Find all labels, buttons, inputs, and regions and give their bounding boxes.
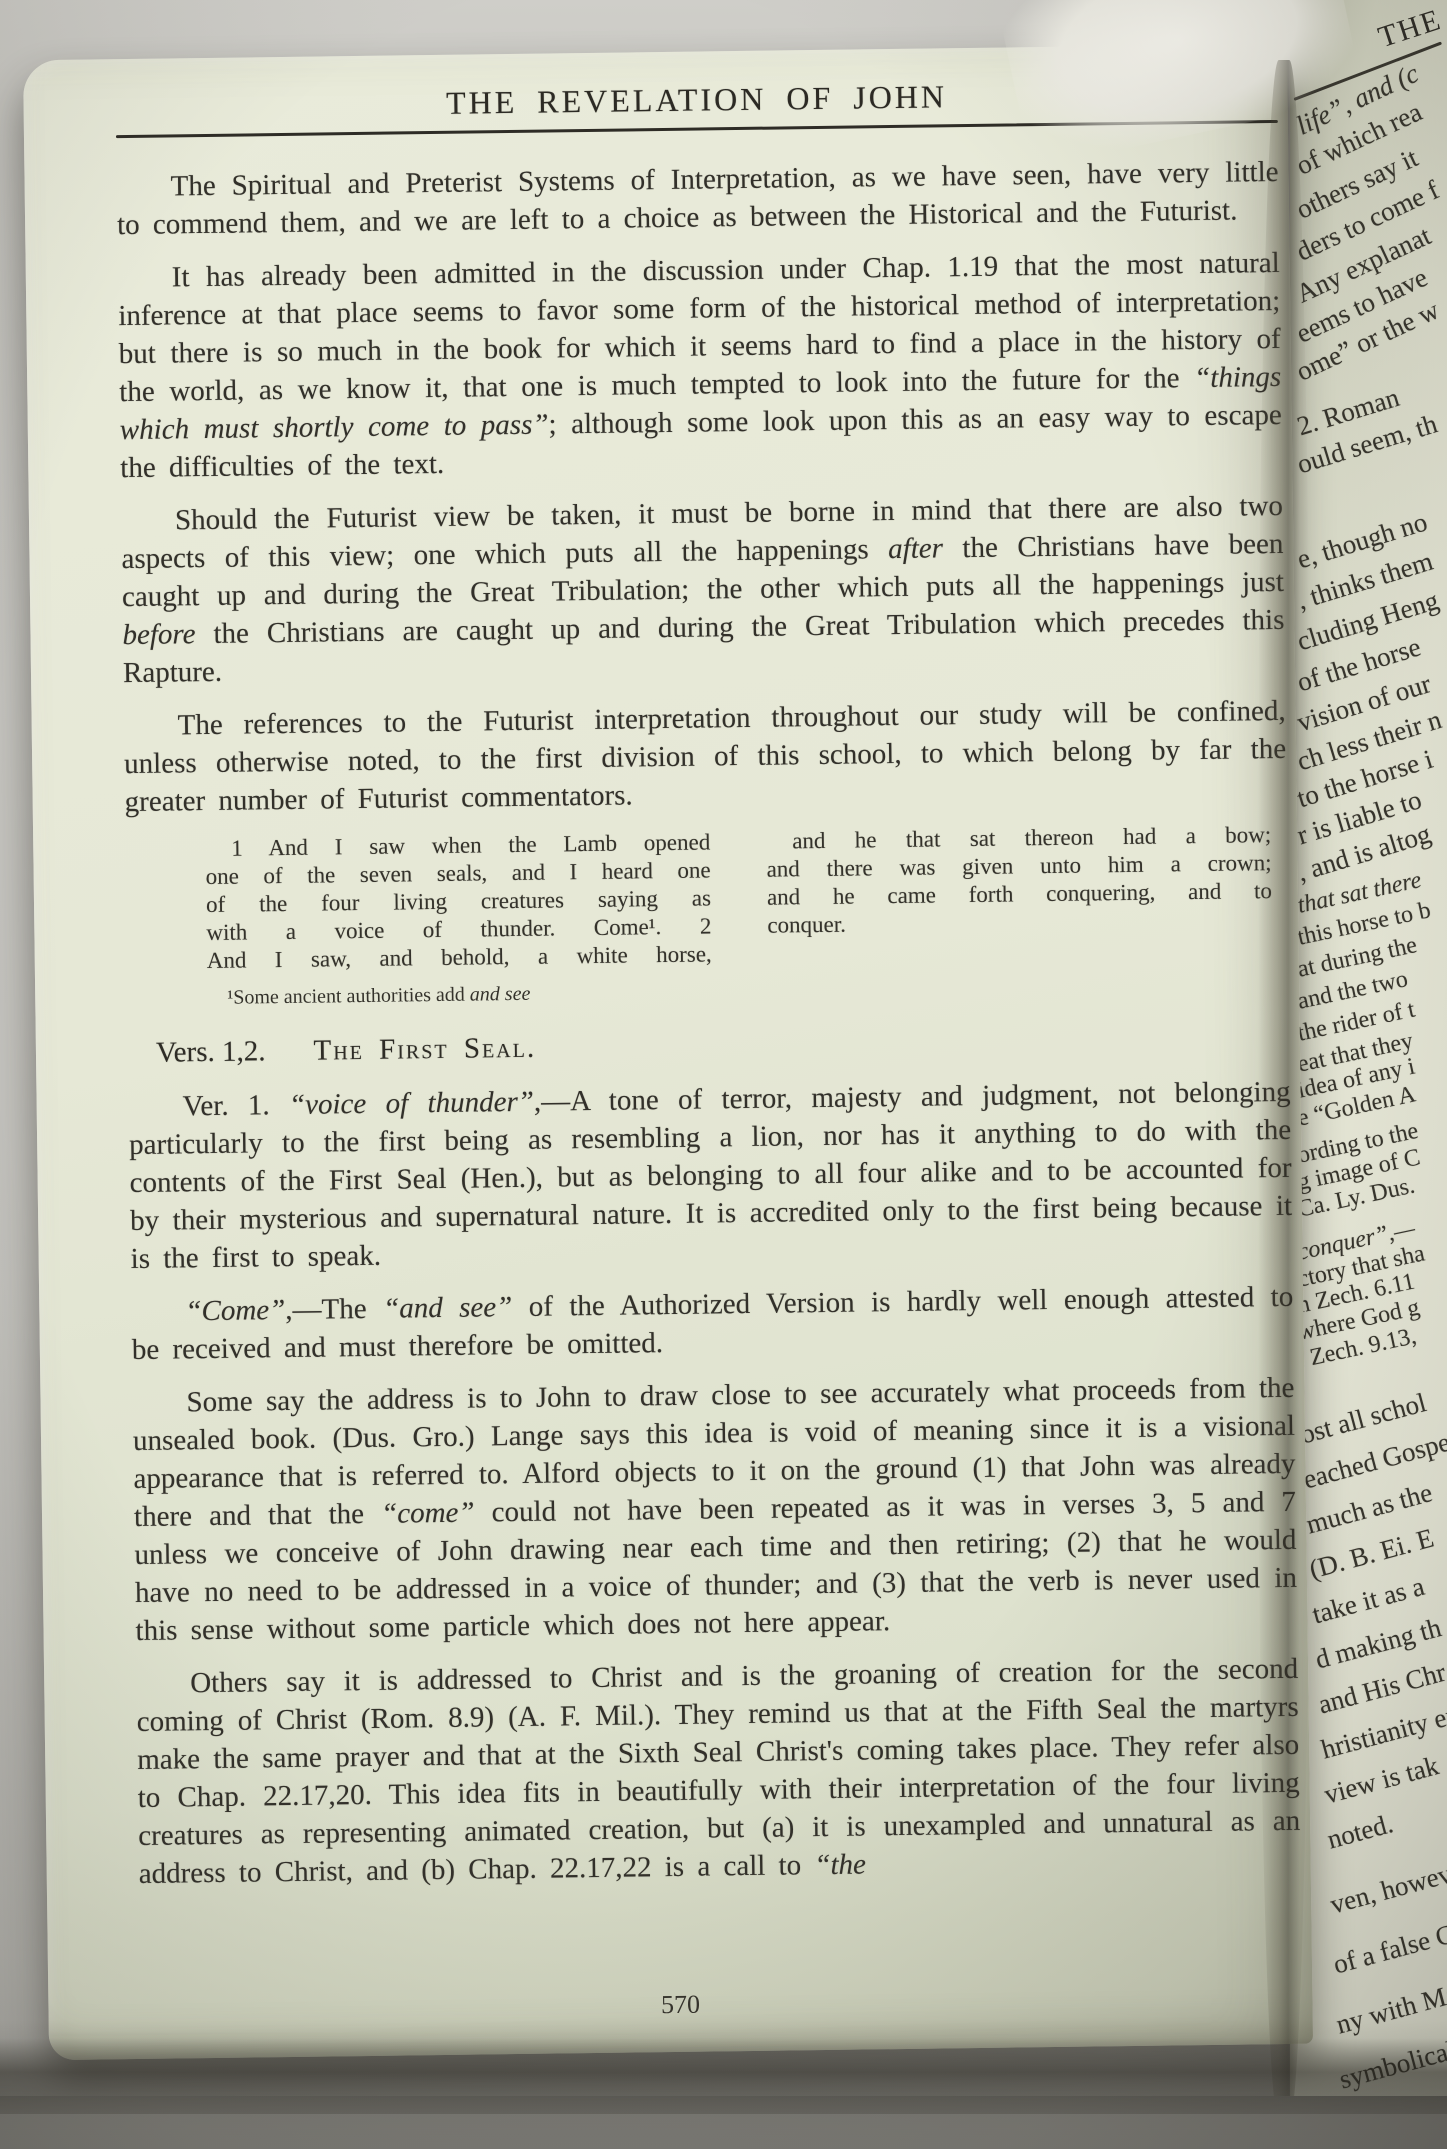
- section-heading: Vers. 1,2.The First Seal.: [156, 1022, 1290, 1070]
- scripture-line: And I saw, and behold, a white horse,: [207, 940, 712, 975]
- paragraph: “Come”,—The “and see” of the Authorized …: [131, 1278, 1294, 1369]
- scripture-line: conquer.: [767, 905, 1272, 940]
- paragraph: It has already been admitted in the disc…: [118, 244, 1283, 487]
- intro-paragraphs: The Spiritual and Preterist Systems of I…: [116, 153, 1286, 821]
- paragraph: Others say it is addressed to Christ and…: [136, 1650, 1301, 1893]
- paragraph: The references to the Futurist interpret…: [123, 692, 1286, 821]
- scripture-block: 1 And I saw when the Lamb openedone of t…: [205, 821, 1289, 975]
- scripture-right-column: and he that sat thereon had a bow;and th…: [766, 821, 1273, 968]
- paragraph: Ver. 1. “voice of thunder”,—A tone of te…: [128, 1073, 1292, 1278]
- page-content: THE REVELATION OF JOHN The Spiritual and…: [23, 44, 1313, 2060]
- verse-reference: Vers. 1,2.: [156, 1035, 266, 1068]
- book-photo: THE life”, and (cof which reaothers say …: [0, 0, 1447, 2149]
- page-number: 570: [48, 1982, 1312, 2029]
- page-gutter-shadow: [1258, 60, 1310, 2120]
- scripture-left-column: 1 And I saw when the Lamb openedone of t…: [205, 828, 712, 975]
- paragraph: Should the Futurist view be taken, it mu…: [121, 487, 1285, 692]
- book-page: THE REVELATION OF JOHN The Spiritual and…: [23, 44, 1313, 2060]
- book-bottom-shadow: [0, 2038, 1447, 2114]
- paragraph: The Spiritual and Preterist Systems of I…: [116, 153, 1279, 244]
- paragraph: Some say the address is to John to draw …: [132, 1369, 1297, 1650]
- section-title: The First Seal.: [313, 1032, 536, 1067]
- commentary-paragraphs: Ver. 1. “voice of thunder”,—A tone of te…: [128, 1073, 1300, 1893]
- scripture-footnote: ¹Some ancient authorities add and see: [227, 973, 1289, 1010]
